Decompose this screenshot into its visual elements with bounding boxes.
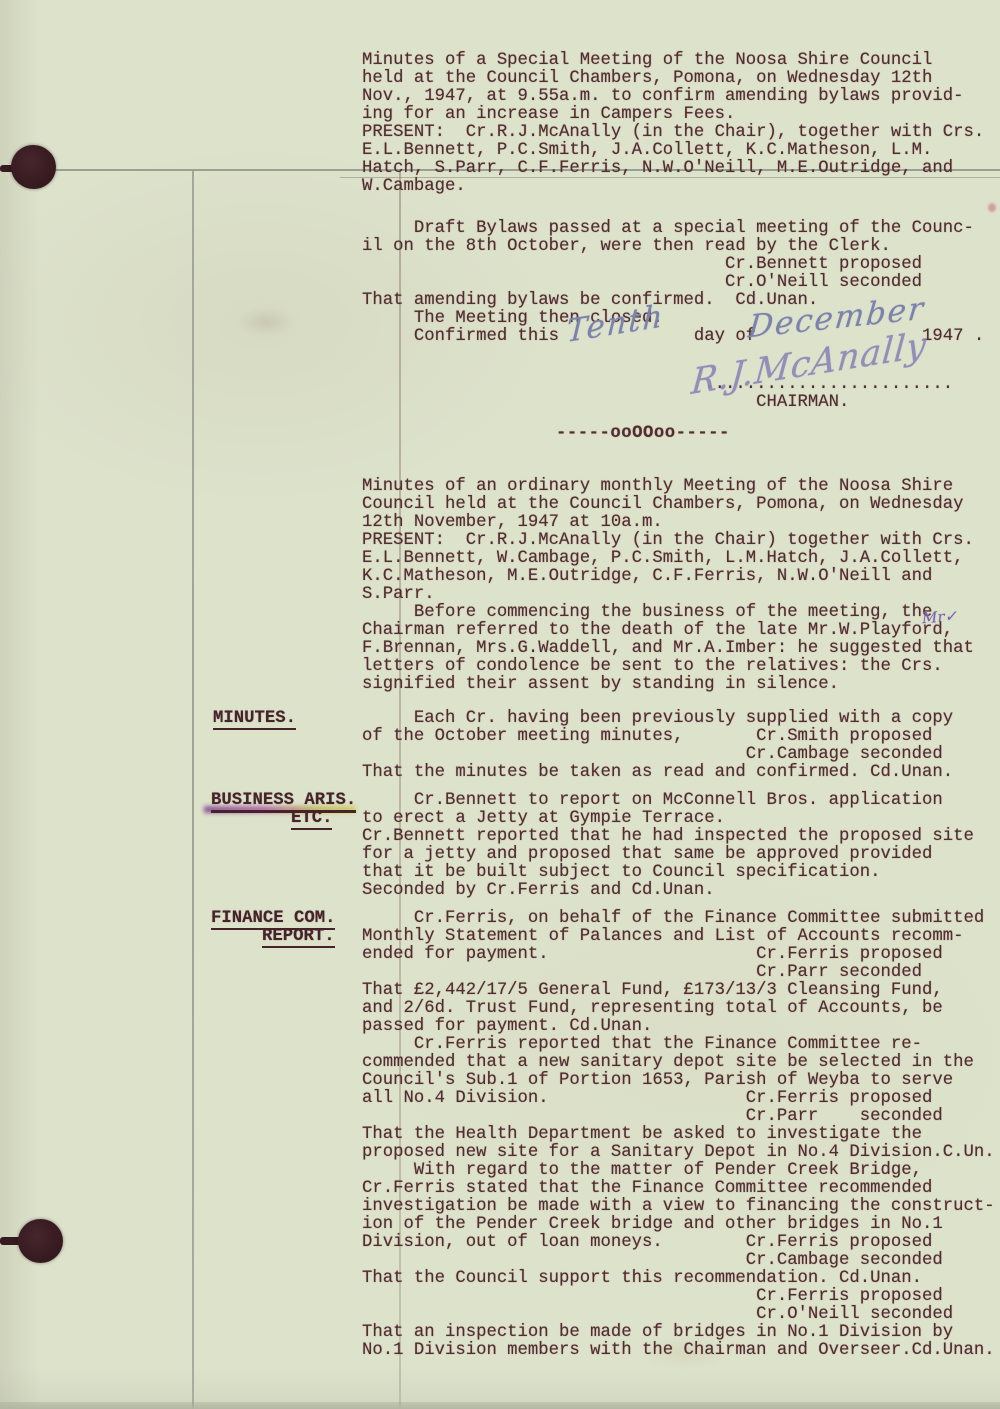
- typed-line: E.L.Bennett, W.Cambage, P.C.Smith, L.M.H…: [362, 550, 974, 568]
- typed-line: Cr.Bennett proposed: [362, 256, 984, 274]
- typed-line: Each Cr. having been previously supplied…: [362, 710, 953, 728]
- typed-block-finance-4: Cr.Ferris proposed Cr.O'Neill secondedTh…: [362, 1288, 995, 1360]
- typed-line: Minutes of a Special Meeting of the Noos…: [362, 52, 984, 70]
- side-heading-minutes: MINUTES.: [213, 710, 296, 730]
- typed-line: ended for payment. Cr.Ferris proposed: [362, 946, 984, 964]
- typed-line: F.Brennan, Mrs.G.Waddell, and Mr.A.Imber…: [362, 640, 974, 658]
- typed-line: Seconded by Cr.Ferris and Cd.Unan.: [362, 882, 974, 900]
- typed-block-minutes-section: Each Cr. having been previously supplied…: [362, 710, 953, 782]
- typed-line: With regard to the matter of Pender Cree…: [362, 1162, 995, 1180]
- typed-block-finance-3: With regard to the matter of Pender Cree…: [362, 1162, 995, 1288]
- typed-line: That the Council support this recommenda…: [362, 1270, 995, 1288]
- typed-line: Cr.Bennett to report on McConnell Bros. …: [362, 792, 974, 810]
- typed-line: Cr.Cambage seconded: [362, 746, 953, 764]
- typed-line: 12th November, 1947 at 10a.m.: [362, 514, 974, 532]
- typed-line: Cr.Bennett reported that he had inspecte…: [362, 828, 974, 846]
- typed-line: PRESENT: Cr.R.J.McAnally (in the Chair) …: [362, 532, 974, 550]
- section-divider: -----ooOOoo-----: [556, 424, 730, 443]
- typed-line: commended that a new sanitary depot site…: [362, 1054, 995, 1072]
- typed-line: passed for payment. Cd.Unan.: [362, 1018, 984, 1036]
- typed-line: S.Parr.: [362, 586, 974, 604]
- typed-line: E.L.Bennett, P.C.Smith, J.A.Collett, K.C…: [362, 142, 984, 160]
- typed-line: Cr.Cambage seconded: [362, 1252, 995, 1270]
- typed-line: signified their assent by standing in si…: [362, 676, 974, 694]
- typed-block-ordinary-meeting: Minutes of an ordinary monthly Meeting o…: [362, 478, 974, 604]
- bottom-page-edge: [0, 1402, 1000, 1409]
- typed-line: to erect a Jetty at Gympie Terrace.: [362, 810, 974, 828]
- typed-line: Minutes of an ordinary monthly Meeting o…: [362, 478, 974, 496]
- typed-line: Cr.O'Neill seconded: [362, 1306, 995, 1324]
- typed-line: Cr.O'Neill seconded: [362, 274, 984, 292]
- typed-line: No.1 Division members with the Chairman …: [362, 1342, 995, 1360]
- scan-speck: [988, 203, 996, 212]
- hole-punch-top-icon: [8, 142, 59, 192]
- typed-line: That the Health Department be asked to i…: [362, 1126, 995, 1144]
- hole-punch-bottom-icon: [18, 1219, 63, 1263]
- typed-line: W.Cambage.: [362, 178, 984, 196]
- typed-line: Nov., 1947, at 9.55a.m. to confirm amend…: [362, 88, 984, 106]
- handwritten-margin-note: Mr✓: [921, 607, 957, 627]
- scanned-minutes-page: MINUTES. BUSINESS ARIS. ETC. FINANCE COM…: [0, 0, 1000, 1409]
- typed-line: ing for an increase in Campers Fees.: [362, 106, 984, 124]
- typed-block-business-section: Cr.Bennett to report on McConnell Bros. …: [362, 792, 974, 900]
- typed-line: Monthly Statement of Palances and List o…: [362, 928, 984, 946]
- typed-line: for a jetty and proposed that same be ap…: [362, 846, 974, 864]
- scan-stain: [238, 308, 294, 336]
- typed-block-finance-1: Cr.Ferris, on behalf of the Finance Comm…: [362, 910, 984, 1036]
- typed-line: That the minutes be taken as read and co…: [362, 764, 953, 782]
- typed-line: of the October meeting minutes, Cr.Smith…: [362, 728, 953, 746]
- typed-line: Cr.Parr seconded: [362, 964, 984, 982]
- typed-line: that it be built subject to Council spec…: [362, 864, 974, 882]
- typed-line: Cr.Ferris reported that the Finance Comm…: [362, 1036, 995, 1054]
- typed-line: ........................: [362, 376, 953, 394]
- fold-line-left: [192, 170, 194, 1409]
- typed-line: Before commencing the business of the me…: [362, 604, 974, 622]
- typed-line: ion of the Pender Creek bridge and other…: [362, 1216, 995, 1234]
- typed-line: il on the 8th October, were then read by…: [362, 238, 984, 256]
- typed-line: Hatch, S.Parr, C.F.Ferris, N.W.O'Neill, …: [362, 160, 984, 178]
- typed-line: Cr.Parr seconded: [362, 1108, 995, 1126]
- typed-line: CHAIRMAN.: [362, 394, 953, 412]
- typed-line: Division, out of loan moneys. Cr.Ferris …: [362, 1234, 995, 1252]
- typed-line: K.C.Matheson, M.E.Outridge, C.F.Ferris, …: [362, 568, 974, 586]
- typed-line: all No.4 Division. Cr.Ferris proposed: [362, 1090, 995, 1108]
- side-heading-finance-report: REPORT.: [262, 928, 335, 948]
- typed-block-finance-2: Cr.Ferris reported that the Finance Comm…: [362, 1036, 995, 1162]
- typed-block-special-meeting: Minutes of a Special Meeting of the Noos…: [362, 52, 984, 196]
- typed-line: That £2,442/17/5 General Fund, £173/13/3…: [362, 982, 984, 1000]
- typed-line: PRESENT: Cr.R.J.McAnally (in the Chair),…: [362, 124, 984, 142]
- typed-block-signature-block: ........................ CHAIRMAN.: [362, 376, 953, 412]
- typed-line: Council held at the Council Chambers, Po…: [362, 496, 974, 514]
- side-heading-business-arising: BUSINESS ARIS.: [211, 792, 356, 813]
- typed-line: Cr.Ferris, on behalf of the Finance Comm…: [362, 910, 984, 928]
- typed-line: Cr.Ferris stated that the Finance Commit…: [362, 1180, 995, 1198]
- typed-line: letters of condolence be sent to the rel…: [362, 658, 974, 676]
- typed-line: proposed new site for a Sanitary Depot i…: [362, 1144, 995, 1162]
- typed-line: and 2/6d. Trust Fund, representing total…: [362, 1000, 984, 1018]
- typed-line: investigation be made with a view to fin…: [362, 1198, 995, 1216]
- side-heading-business-etc: ETC.: [291, 810, 332, 830]
- typed-line: Cr.Ferris proposed: [362, 1288, 995, 1306]
- typed-block-condolences: Before commencing the business of the me…: [362, 604, 974, 694]
- typed-line: Draft Bylaws passed at a special meeting…: [362, 220, 984, 238]
- typed-line: Council's Sub.1 of Portion 1653, Parish …: [362, 1072, 995, 1090]
- typed-line: Chairman referred to the death of the la…: [362, 622, 974, 640]
- typed-line: held at the Council Chambers, Pomona, on…: [362, 70, 984, 88]
- typed-line: That an inspection be made of bridges in…: [362, 1324, 995, 1342]
